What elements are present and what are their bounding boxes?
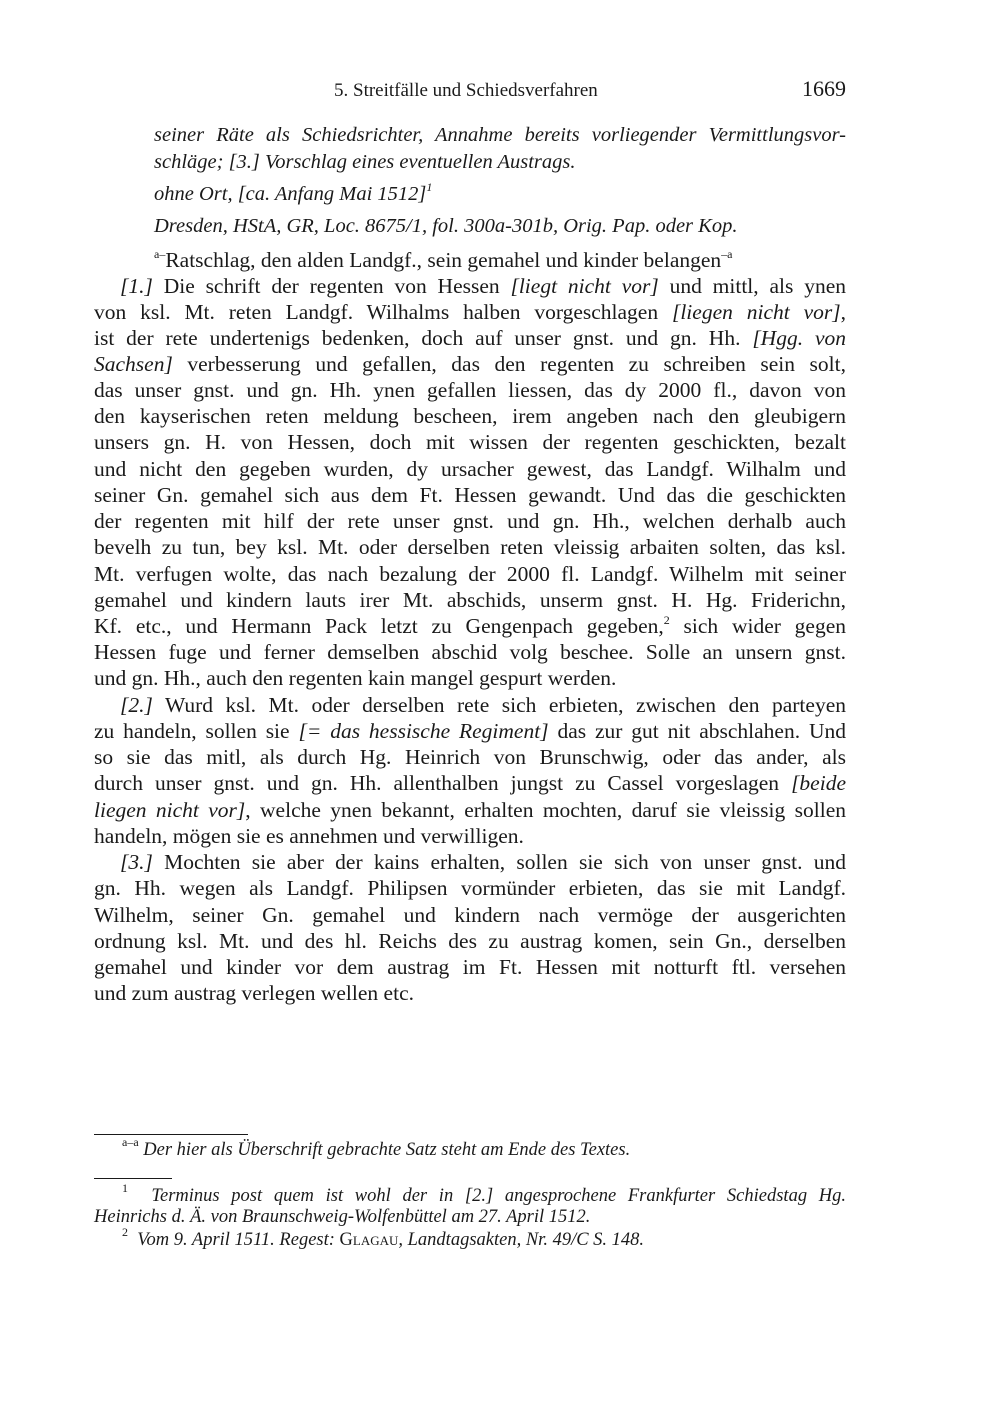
document-title: a–Ratschlag, den alden Landgf., sein gem…: [154, 247, 846, 273]
paragraph-1-line: und nicht den gegeben wurden, dy ursache…: [94, 456, 846, 482]
footnote-1-cont: Heinrichs d. Ä. von Braunschweig-Wolfenb…: [94, 1206, 846, 1228]
paragraph-1-line: der regenten mit hilf der rete unser gns…: [94, 508, 846, 534]
textual-note: a–a Der hier als Überschrift gebrachte S…: [122, 1139, 874, 1161]
footnote-1: 1 Terminus post quem ist wohl der in [2.…: [122, 1185, 846, 1207]
paragraph-1-line: [1.] Die schrift der regenten von Hessen…: [120, 273, 846, 299]
running-title: 5. Streitfälle und Schiedsverfahren: [334, 80, 598, 102]
paragraph-2-line: so sie das mitl, als durch Hg. Heinrich …: [94, 744, 846, 770]
paragraph-1-line: seiner Gn. gemahel sich aus dem Ft. Hess…: [94, 482, 846, 508]
paragraph-3-line: und zum austrag verlegen wellen etc.: [94, 980, 846, 1006]
document-date: ohne Ort, [ca. Anfang Mai 1512]1: [154, 181, 846, 207]
paragraph-1-line: Hessen fuge und ferner demselben abschid…: [94, 639, 846, 665]
paragraph-2-line: [2.] Wurd ksl. Mt. oder derselben rete s…: [120, 692, 846, 718]
paragraph-2-line: zu handeln, sollen sie [= das hessische …: [94, 718, 846, 744]
paragraph-1-line: Kf. etc., und Hermann Pack letzt zu Geng…: [94, 613, 846, 639]
paragraph-2-line: handeln, mögen sie es annehmen und verwi…: [94, 823, 846, 849]
paragraph-1-line: unsers gn. H. von Hessen, doch mit wisse…: [94, 429, 846, 455]
paragraph-1-line: den kayserischen reten meldung bescheen,…: [94, 403, 846, 429]
paragraph-1-line: gemahel und kindern lauts irer Mt. absch…: [94, 587, 846, 613]
paragraph-3-line: [3.] Mochten sie aber der kains erhalten…: [120, 849, 846, 875]
paragraph-1-line: Sachsen] verbesserung und gefallen, das …: [94, 351, 846, 377]
footnote-divider: [94, 1134, 248, 1135]
paragraph-3-line: gn. Hh. wegen als Landgf. Philipsen vorm…: [94, 875, 846, 901]
page-number: 1669: [802, 76, 846, 102]
footnote-divider: [94, 1178, 172, 1179]
paragraph-3-line: ordnung ksl. Mt. und des hl. Reichs des …: [94, 928, 846, 954]
archival-source: Dresden, HStA, GR, Loc. 8675/1, fol. 300…: [154, 213, 846, 239]
paragraph-3-line: gemahel und kinder vor dem austrag im Ft…: [94, 954, 846, 980]
footnote-ref[interactable]: 1: [426, 180, 432, 194]
paragraph-2-line: durch unser gnst. und gn. Hh. allenthalb…: [94, 770, 846, 796]
regest-line: schläge; [3.] Vorschlag eines eventuelle…: [154, 149, 846, 175]
paragraph-1-line: Mt. verfugen wolte, das nach bezalung de…: [94, 561, 846, 587]
paragraph-1-line: und gn. Hh., auch den regenten kain mang…: [94, 665, 846, 691]
paragraph-1-line: das unser gnst. und gn. Hh. ynen gefalle…: [94, 377, 846, 403]
paragraph-3-line: Wilhelm, seiner Gn. gemahel und kindern …: [94, 902, 846, 928]
paragraph-1-line: ist der rete undertenigs bedenken, doch …: [94, 325, 846, 351]
paragraph-2-line: liegen nicht vor], welche ynen bekannt, …: [94, 797, 846, 823]
footnote-2: 2 Vom 9. April 1511. Regest: Glagau, Lan…: [122, 1229, 874, 1251]
regest-line: seiner Räte als Schiedsrichter, Annahme …: [154, 122, 846, 148]
running-head: 5. Streitfälle und Schiedsverfahren 1669: [0, 80, 1004, 106]
paragraph-1-line: bevelh zu tun, bey ksl. Mt. oder derselb…: [94, 534, 846, 560]
paragraph-1-line: von ksl. Mt. reten Landgf. Wilhalms halb…: [94, 299, 846, 325]
